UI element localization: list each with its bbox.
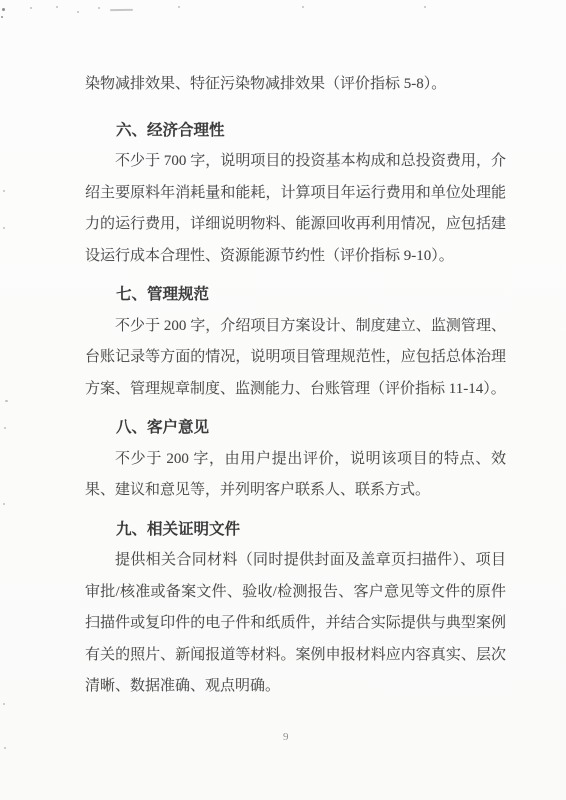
scan-artifact — [1, 16, 3, 18]
scan-artifact — [5, 400, 8, 402]
scanned-document-page: 染物减排效果、特征污染物减排效果（评价指标 5-8）。 六、经济合理性 不少于 … — [0, 0, 566, 800]
section-heading: 七、管理规范 — [85, 279, 506, 311]
section-customer-feedback: 八、客户意见 不少于 200 字，由用户提出评价，说明该项目的特点、效果、建议和… — [85, 412, 506, 507]
section-economic-rationality: 六、经济合理性 不少于 700 字，说明项目的投资基本构成和总投资费用，介绍主要… — [85, 115, 506, 273]
scan-artifact — [178, 6, 180, 8]
scan-artifact — [4, 747, 6, 749]
page-number: 9 — [283, 730, 289, 744]
scan-artifact — [424, 6, 426, 8]
section-paragraph: 提供相关合同材料（同时提供封面及盖章页扫描件）、项目审批/核准或备案文件、验收/… — [85, 545, 506, 703]
scan-artifact — [110, 9, 133, 11]
scan-artifact — [4, 427, 6, 429]
scan-artifact — [302, 6, 304, 8]
scan-artifact — [3, 703, 5, 705]
scan-artifact — [30, 7, 32, 9]
scan-artifact — [98, 7, 100, 9]
section-paragraph: 不少于 200 字，由用户提出评价，说明该项目的特点、效果、建议和意见等，并列明… — [85, 444, 506, 507]
scan-artifact — [77, 11, 79, 13]
section-heading: 九、相关证明文件 — [85, 514, 506, 546]
continuation-paragraph-line: 染物减排效果、特征污染物减排效果（评价指标 5-8）。 — [85, 69, 506, 101]
section-supporting-documents: 九、相关证明文件 提供相关合同材料（同时提供封面及盖章页扫描件）、项目审批/核准… — [85, 514, 506, 703]
scan-artifact — [3, 190, 5, 192]
section-paragraph: 不少于 200 字，介绍项目方案设计、制度建立、监测管理、台账记录等方面的情况，… — [85, 311, 506, 406]
section-management-standards: 七、管理规范 不少于 200 字，介绍项目方案设计、制度建立、监测管理、台账记录… — [85, 279, 506, 405]
scan-artifact — [2, 8, 5, 11]
scan-artifact — [56, 6, 58, 8]
scan-artifact — [3, 227, 5, 229]
section-heading: 八、客户意见 — [85, 412, 506, 444]
section-heading: 六、经济合理性 — [85, 115, 506, 147]
scan-artifact — [3, 503, 5, 505]
section-paragraph: 不少于 700 字，说明项目的投资基本构成和总投资费用，介绍主要原料年消耗量和能… — [85, 146, 506, 272]
document-body-text: 染物减排效果、特征污染物减排效果（评价指标 5-8）。 六、经济合理性 不少于 … — [85, 69, 506, 703]
